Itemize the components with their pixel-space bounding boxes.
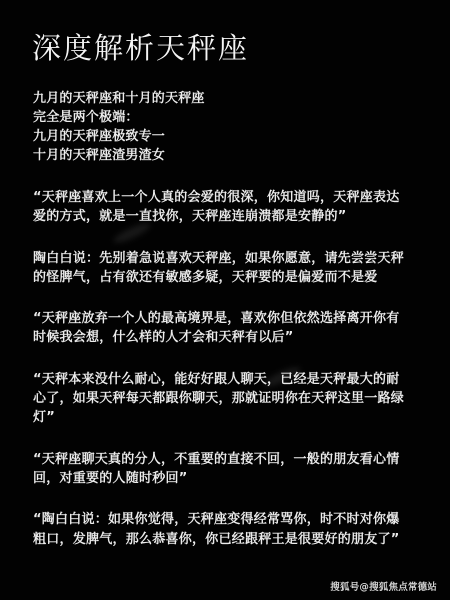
intro-line: 完全是两个极端：	[33, 108, 409, 127]
article-page: 深度解析天秤座 九月的天秤座和十月的天秤座 完全是两个极端： 九月的天秤座极致专…	[0, 0, 450, 600]
source-watermark: 搜狐号@搜狐焦点常德站	[330, 582, 437, 594]
intro-line: 十月的天秤座渣男渣女	[33, 146, 409, 165]
intro-line: 九月的天秤座和十月的天秤座	[33, 89, 409, 108]
quote-paragraph: “天秤本来没什么耐心，能好好跟人聊天，已经是天秤最大的耐心了，如果天秤每天都跟你…	[33, 370, 409, 428]
quote-paragraph: “天秤座聊天真的分人，不重要的直接不回，一般的朋友看心情回，对重要的人随时秒回”	[33, 450, 409, 489]
commentary-paragraph: 陶白白说：先别着急说喜欢天秤座，如果你愿意，请先尝尝天秤的怪脾气，占有欲还有敏感…	[33, 249, 409, 288]
intro-line: 九月的天秤座极致专一	[33, 127, 409, 146]
page-title: 深度解析天秤座	[32, 30, 249, 66]
quote-paragraph: “天秤座喜欢上一个人真的会爱的很深，你知道吗，天秤座表达爱的方式，就是一直找你，…	[33, 188, 409, 227]
article-body: 九月的天秤座和十月的天秤座 完全是两个极端： 九月的天秤座极致专一 十月的天秤座…	[33, 89, 409, 549]
quote-paragraph: “天秤座放弃一个人的最高境界是，喜欢你但依然选择离开你有时候我会想，什么样的人才…	[33, 309, 409, 348]
quote-paragraph: “陶白白说：如果你觉得，天秤座变得经常骂你，时不时对你爆粗口，发脾气，那么恭喜你…	[33, 510, 409, 549]
